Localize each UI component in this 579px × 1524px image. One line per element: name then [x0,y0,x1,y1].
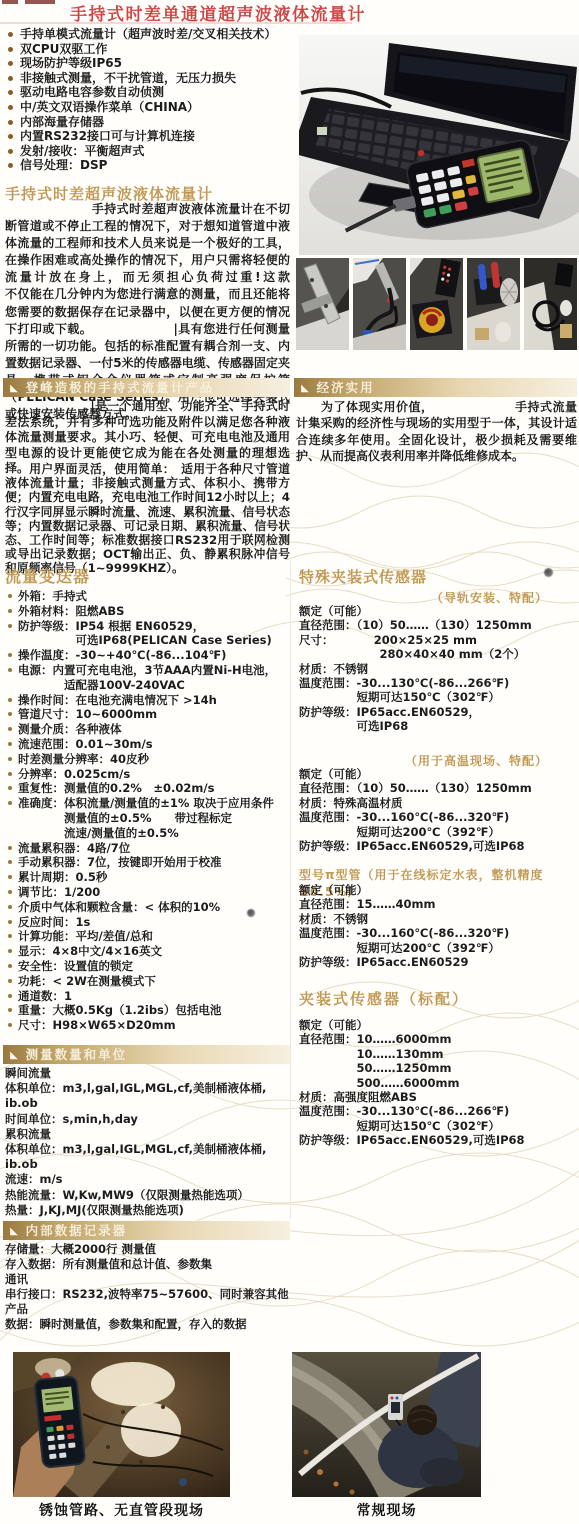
spec-text: 操作时间：在电池充满电情况下 >14h [18,693,217,708]
feature-item: 手持单模式流量计（超声波时差/交叉相关技术） [6,27,292,42]
feature-text: 中/英文双语操作菜单（CHINA） [20,100,199,115]
spec-text: 计算功能：平均/差值/总和 [18,929,153,944]
sensor-spec-line: 直径范围：10……6000mm 10……130mm 50……1250mm 500… [299,1032,577,1090]
spec-item: 流速范围：0.01~30m/s [5,737,291,752]
standard-sensors-heading: 夹装式传感器（标配） [299,988,469,1009]
sensor-spec-line: 材质：特殊高温材质 [299,796,577,810]
spec-text: 管道尺寸：10~6000mm [18,707,157,722]
units-line: 体积单位：m3,l,gal,IGL,MGL,cf,美制桶液体桶, ib.ob [5,1142,291,1172]
feature-text: 非接触式测量，不干扰管道，无压力损失 [20,71,236,86]
corroded-site-illustration [13,1352,230,1497]
normal-site-illustration [292,1352,481,1497]
spec-item: 外箱：手持式 [5,589,291,604]
bullet-icon [8,772,12,776]
photo-transducers-couplant [467,258,520,350]
section-bar-economy: ◣经济实用 [294,378,577,397]
bullet-icon [8,727,12,731]
spec-item: 计算功能：平均/差值/总和 [5,929,291,944]
bullet-icon [8,934,12,938]
title-underline [0,22,352,24]
spec-text: 介质中气体和颗粒含量：< 体积的10% [18,900,220,915]
spec-text: 反应时间：1s [18,915,90,930]
bullet-icon [8,742,12,746]
spec-item: 手动累积器：7位，按键即开始用于校准 [5,855,291,870]
sensor-spec-line: 材质：高强度阻燃ABS [299,1090,577,1104]
datalogger-line: 存储量：大概2000行 测量值 [5,1242,291,1257]
sensor-spec-line: 材质：不锈钢 [299,662,577,676]
sensor-spec-line: 尺寸： 200×25×25 mm 280×40×40 mm（2个） [299,633,577,662]
spec-text: 重量：大概0.5Kg（1.2ibs）包括电池 [18,1003,221,1018]
spec-text: 防护等级：IP54 根据 EN60529， 可选IP68(PELICAN Cas… [18,619,272,649]
sensor-spec-line: 直径范围：（10）50……（130）1250mm [299,618,577,632]
spec-text: 外箱材料：阻燃ABS [18,604,124,619]
feature-item: 双CPU双驱工作 [6,42,292,57]
feature-text: 发射/接收：平衡超声式 [20,144,144,159]
units-line: 累积流量 [5,1127,291,1142]
spec-item: 尺寸：H98×W65×D20mm [5,1018,291,1033]
spec-item: 累计周期：0.5秒 [5,870,291,885]
feature-text: 驱动电路电容参数自动侦测 [20,85,164,100]
units-line: 热量：J,KJ,MJ(仅限测量热能选项) [5,1203,291,1218]
datalogger-line: 存入数据：所有测量值和总计值、参数集 [5,1257,291,1272]
section-bar-label: 测量数量和单位 [26,1047,128,1062]
spec-text: 时差测量分辨率：40皮秒 [18,752,149,767]
spec-text: 外箱：手持式 [18,589,87,604]
corner-arrow-icon: ◣ [10,1223,19,1238]
spec-text: 流量累积器：4路/7位 [18,841,130,856]
bullet-icon [8,609,12,613]
bullet-icon [8,47,13,52]
photo-laptop-with-flowmeter [299,35,579,255]
spec-text: 手动累积器：7位，按键即开始用于校准 [18,855,222,870]
spec-text: 通道数：1 [18,989,72,1004]
photo-meter-in-case [410,258,463,350]
sensor-spec-line: 防护等级：IP65acc.EN60529,可选IP68 [299,1133,577,1147]
feature-list: 手持单模式流量计（超声波时差/交叉相关技术） 双CPU双驱工作 现场防护等级IP… [6,27,292,173]
spec-text: 电源：内置可充电电池，3节AAA内置Ni-H电池， 适配器100V-240VAC [18,663,276,693]
bullet-icon [8,163,13,168]
bullet-icon [8,61,13,66]
photo-corroded-pipe-site [13,1352,230,1497]
spec-item: 操作温度：-30~+40℃(-86...104℉) [5,648,291,663]
bullet-icon [8,668,12,672]
sensor-spec-line: 温度范围：-30...160℃(-86...320℉) 短期可达200℃（392… [299,926,577,955]
sensor-group-specs: 额定（可能）直径范围：（10）50……（130）1250mm材质：特殊高温材质温… [299,767,577,853]
sensor-spec-line: 防护等级：IP65acc.EN60529， 可选IP68 [299,705,577,734]
spec-text: 安全性：设置值的锁定 [18,959,133,974]
sensor-spec-line: 温度范围：-30...160℃(-86...320℉) 短期可达200℃（392… [299,810,577,839]
bullet-icon [8,32,13,37]
spec-item: 重复性：测量值的0.2% ±0.02m/s [5,781,291,796]
bullet-icon [8,994,12,998]
spec-text: 调节比：1/200 [18,885,100,900]
spec-item: 反应时间：1s [5,915,291,930]
spec-item: 调节比：1/200 [5,885,291,900]
bullet-icon [8,920,12,924]
sensor-spec-line: 温度范围：-30...130℃(-86...266℉) 短期可达150℃（302… [299,676,577,705]
bullet-icon [8,90,13,95]
section-bar-label: 经济实用 [317,380,375,395]
bullet-icon [8,698,12,702]
bullet-icon [8,801,12,805]
feature-text: 双CPU双驱工作 [20,42,107,57]
bullet-icon [8,964,12,968]
section-bar-label: 内部数据记录器 [26,1223,128,1238]
spec-text: 显示：4×8中文/4×16英文 [18,944,162,959]
feature-text: 信号处理：DSP [20,158,107,173]
spec-text: 尺寸：H98×W65×D20mm [18,1018,176,1033]
spec-item: 重量：大概0.5Kg（1.2ibs）包括电池 [5,1003,291,1018]
bullet-icon [8,890,12,894]
spec-text: 准确度：体积流量/测量值的±1% 取决于应用条件 测量值的±0.5% 带过程标定… [18,796,274,840]
section-bar-label: 登峰造极的手持式流量计产品 [26,380,215,395]
scan-artifact-mark [25,0,55,4]
spec-item: 外箱材料：阻燃ABS [5,604,291,619]
standard-sensor-specs: 额定（可能）直径范围：10……6000mm 10……130mm 50……1250… [299,1018,577,1148]
spec-item: 操作时间：在电池充满电情况下 >14h [5,693,291,708]
feature-text: 手持单模式流量计（超声波时差/交叉相关技术） [20,27,276,42]
sensor-spec-line: 额定（可能） [299,604,577,618]
corner-arrow-icon: ◣ [10,1047,19,1062]
feature-text: 现场防护等级IP65 [20,56,122,71]
units-lines: 瞬间流量体积单位：m3,l,gal,IGL,MGL,cf,美制桶液体桶, ib.… [5,1066,291,1218]
sensor-spec-line: 额定（可能） [299,1018,577,1032]
bullet-icon [8,846,12,850]
scan-artifact-mark [2,0,18,4]
spec-text: 分辨率：0.025cm/s [18,767,130,782]
spec-item: 流量累积器：4路/7位 [5,841,291,856]
feature-item: 信号处理：DSP [6,158,292,173]
sensor-spec-line: 温度范围：-30...130℃(-86...266℉) 短期可达150℃（302… [299,1104,577,1133]
spec-text: 重复性：测量值的0.2% ±0.02m/s [18,781,214,796]
caption-corroded-site: 锈蚀管路、无直管段现场 [13,1500,230,1520]
sensor-spec-line: 直径范围：（10）50……（130）1250mm [299,781,577,795]
section-bar-datalogger: ◣内部数据记录器 [3,1221,290,1240]
sensor-spec-line: 额定（可能） [299,767,577,781]
feature-item: 现场防护等级IP65 [6,56,292,71]
units-line: 时间单位：s,min,h,day [5,1112,291,1127]
datalogger-line: 数据：瞬时测量值，参数集和配置，存入的数据 [5,1317,291,1332]
feature-item: 驱动电路电容参数自动侦测 [6,85,292,100]
spec-text: 累计周期：0.5秒 [18,870,107,885]
bullet-icon [8,712,12,716]
spec-item: 电源：内置可充电电池，3节AAA内置Ni-H电池， 适配器100V-240VAC [5,663,291,693]
feature-item: 内部海量存储器 [6,115,292,130]
feature-text: 内部海量存储器 [20,115,104,130]
economy-paragraph: 为了体现实用价值， 手持式流量计集采购的经济性与现场的实用型于一体，其设计适合连… [296,399,577,465]
spec-item: 通道数：1 [5,989,291,1004]
scan-speckle [544,568,553,577]
bullet-icon [8,105,13,110]
bullet-icon [8,624,12,628]
section-bar-pinnacle: ◣登峰造极的手持式流量计产品 [3,378,290,397]
bullet-icon [8,949,12,953]
feature-item: 内置RS232接口可与计算机连接 [6,129,292,144]
bullet-icon [8,757,12,761]
bullet-icon [8,76,13,81]
sensor-group-specs: 额定（可能）直径范围：15……40mm材质：不锈钢温度范围：-30...160℃… [299,883,577,969]
bullet-icon [8,653,12,657]
product-datasheet-page: 手持式时差单通道超声波液体流量计 手持单模式流量计（超声波时差/交叉相关技术） … [0,0,579,1524]
feature-text: 内置RS232接口可与计算机连接 [20,129,195,144]
bullet-icon [8,875,12,879]
spec-text: 功耗：< 2W在测量模式下 [18,974,156,989]
photo-normal-site [292,1352,481,1497]
units-line: 瞬间流量 [5,1066,291,1081]
spec-item: 测量介质：各种液体 [5,722,291,737]
caption-normal-site: 常规现场 [292,1500,481,1520]
pinnacle-paragraph-2: 用户界面灵活，使用简单： 适用于各种尺寸管道液体流量计量；非接触式测量方式、体积… [5,462,290,576]
feature-item: 中/英文双语操作菜单（CHINA） [6,100,292,115]
sensor-spec-line: 材质：不锈钢 [299,912,577,926]
spec-item: 时差测量分辨率：40皮秒 [5,752,291,767]
transmitter-heading: 流量变送器 [5,564,90,587]
bullet-icon [8,594,12,598]
bullet-icon [8,860,12,864]
sensor-spec-line: 防护等级：IP65acc.EN60529 [299,955,577,969]
sensor-spec-line: 防护等级：IP65acc.EN60529,可选IP68 [299,839,577,853]
datalogger-lines: 存储量：大概2000行 测量值存入数据：所有测量值和总计值、参数集通讯串行接口：… [5,1242,291,1332]
bullet-icon [8,905,12,909]
spec-item: 准确度：体积流量/测量值的±1% 取决于应用条件 测量值的±0.5% 带过程标定… [5,796,291,840]
scan-speckle [247,909,255,917]
spec-text: 测量介质：各种液体 [18,722,122,737]
units-line: 热能流量：W,Kw,MW9（仅限测量热能选项） [5,1188,291,1203]
special-sensors-heading: 特殊夹装式传感器 [299,566,427,587]
feature-item: 发射/接收：平衡超声式 [6,144,292,159]
feature-item: 非接触式测量，不干扰管道，无压力损失 [6,71,292,86]
sensor-group-specs: 额定（可能）直径范围：（10）50……（130）1250mm尺寸： 200×25… [299,604,577,734]
bullet-icon [8,786,12,790]
spec-item: 显示：4×8中文/4×16英文 [5,944,291,959]
section-bar-units: ◣测量数量和单位 [3,1045,290,1064]
spec-item: 管道尺寸：10~6000mm [5,707,291,722]
spec-item: 安全性：设置值的锁定 [5,959,291,974]
sensor-spec-line: 直径范围：15……40mm [299,897,577,911]
bullet-icon [8,134,13,139]
spec-item: 防护等级：IP54 根据 EN60529， 可选IP68(PELICAN Cas… [5,619,291,649]
corner-arrow-icon: ◣ [301,380,310,395]
laptop-photo-illustration [299,35,579,255]
spec-item: 分辨率：0.025cm/s [5,767,291,782]
datalogger-line: 通讯 [5,1272,291,1287]
units-line: 流速：m/s [5,1172,291,1187]
datalogger-line: 串行接口：RS232,波特率75~57600、同时兼容其他产品 [5,1287,291,1317]
bullet-icon [8,1023,12,1027]
spec-text: 流速范围：0.01~30m/s [18,737,153,752]
sensor-spec-line: 额定（可能） [299,883,577,897]
bullet-icon [8,120,13,125]
units-line: 体积单位：m3,l,gal,IGL,MGL,cf,美制桶液体桶, ib.ob [5,1081,291,1111]
transmitter-spec-list: 外箱：手持式 外箱材料：阻燃ABS 防护等级：IP54 根据 EN60529， … [5,589,291,1033]
spec-text: 操作温度：-30~+40℃(-86...104℉) [18,648,226,663]
bullet-icon [8,1008,12,1012]
bullet-icon [8,979,12,983]
corner-arrow-icon: ◣ [10,380,19,395]
spec-item: 功耗：< 2W在测量模式下 [5,974,291,989]
bullet-icon [8,149,13,154]
photo-power-cords [524,258,577,350]
